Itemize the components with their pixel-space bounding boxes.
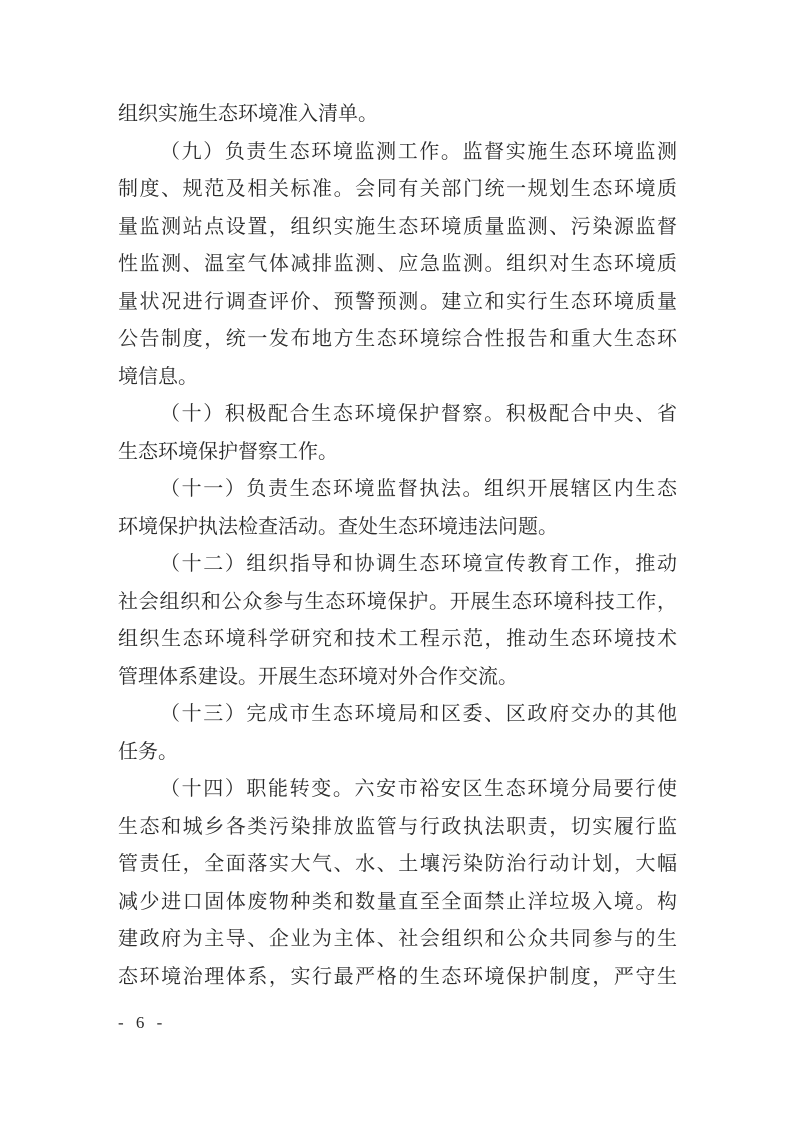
text-line: （九）负责生态环境监测工作。监督实施生态环境监测 xyxy=(118,134,677,172)
text-line: 量监测站点设置，组织实施生态环境质量监测、污染源监督 xyxy=(118,209,677,247)
text-line: 制度、规范及相关标准。会同有关部门统一规划生态环境质 xyxy=(118,171,677,209)
text-line: 态环境治理体系，实行最严格的生态环境保护制度，严守生 xyxy=(118,959,677,997)
text-line: （十三）完成市生态环境局和区委、区政府交办的其他 xyxy=(118,696,677,734)
document-page: 组织实施生态环境准入清单。（九）负责生态环境监测工作。监督实施生态环境监测制度、… xyxy=(0,0,793,1122)
text-line: 性监测、温室气体减排监测、应急监测。组织对生态环境质 xyxy=(118,246,677,284)
text-line: 生态环境保护督察工作。 xyxy=(118,434,677,472)
text-line: 任务。 xyxy=(118,734,677,772)
text-line: 组织生态环境科学研究和技术工程示范，推动生态环境技术 xyxy=(118,621,677,659)
document-body: 组织实施生态环境准入清单。（九）负责生态环境监测工作。监督实施生态环境监测制度、… xyxy=(118,96,677,996)
text-line: 环境保护执法检查活动。查处生态环境违法问题。 xyxy=(118,509,677,547)
text-line: 建政府为主导、企业为主体、社会组织和公众共同参与的生 xyxy=(118,921,677,959)
text-line: （十四）职能转变。六安市裕安区生态环境分局要行使 xyxy=(118,771,677,809)
text-line: 管理体系建设。开展生态环境对外合作交流。 xyxy=(118,659,677,697)
text-line: 生态和城乡各类污染排放监管与行政执法职责，切实履行监 xyxy=(118,809,677,847)
page-number: - 6 - xyxy=(118,1013,166,1033)
text-line: 公告制度，统一发布地方生态环境综合性报告和重大生态环 xyxy=(118,321,677,359)
text-line: 量状况进行调查评价、预警预测。建立和实行生态环境质量 xyxy=(118,284,677,322)
text-line: 社会组织和公众参与生态环境保护。开展生态环境科技工作， xyxy=(118,584,677,622)
text-line: （十一）负责生态环境监督执法。组织开展辖区内生态 xyxy=(118,471,677,509)
text-line: 减少进口固体废物种类和数量直至全面禁止洋垃圾入境。构 xyxy=(118,884,677,922)
text-line: 境信息。 xyxy=(118,359,677,397)
text-line: 组织实施生态环境准入清单。 xyxy=(118,96,677,134)
text-line: 管责任，全面落实大气、水、土壤污染防治行动计划，大幅 xyxy=(118,846,677,884)
text-line: （十）积极配合生态环境保护督察。积极配合中央、省 xyxy=(118,396,677,434)
text-line: （十二）组织指导和协调生态环境宣传教育工作，推动 xyxy=(118,546,677,584)
